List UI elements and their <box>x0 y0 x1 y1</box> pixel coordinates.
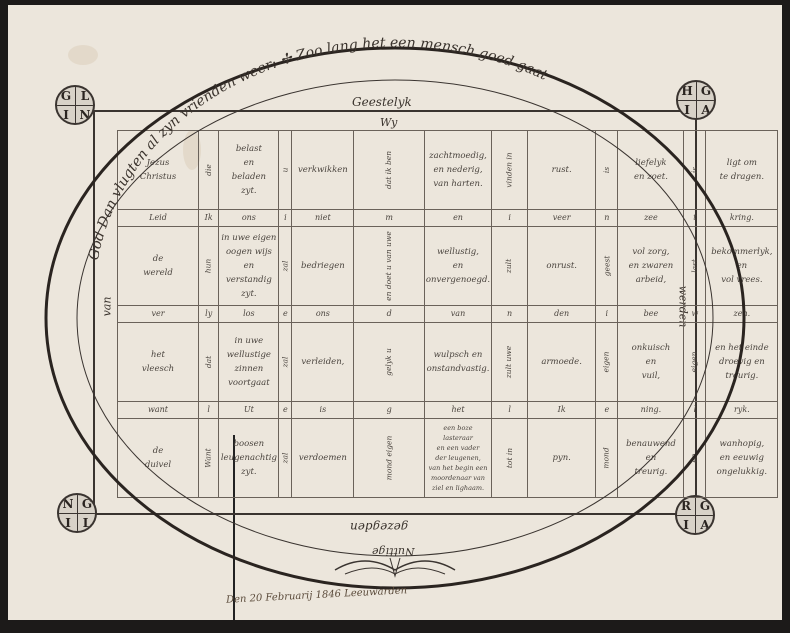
table-cell: bee <box>618 306 684 323</box>
table-cell-vertical: u <box>279 131 292 210</box>
table-cell: niet <box>292 210 354 227</box>
vertical-text: en <box>688 453 702 462</box>
medallion-letter: G <box>697 82 715 100</box>
table-cell-vertical: tot in <box>492 419 528 498</box>
table-cell: e <box>279 402 292 419</box>
table-cell-vertical: eigen <box>684 323 706 402</box>
vertical-text: vinden in <box>503 152 517 187</box>
table-cell: n <box>492 306 528 323</box>
table-cell: l <box>199 402 219 419</box>
vertical-text: hun <box>202 259 216 274</box>
table-cell: een boze lasteraar en een vader der leug… <box>425 419 492 498</box>
frame-subheading-top: Wy <box>380 116 397 129</box>
table-cell: van <box>425 306 492 323</box>
table-cell: bekommerlyk, en vol vrees. <box>706 227 778 306</box>
table-cell: kring. <box>706 210 778 227</box>
table-cell-vertical: mond eigen <box>354 419 425 498</box>
table-cell-vertical: zal <box>279 227 292 306</box>
table-cell-vertical: is <box>684 131 706 210</box>
vertical-text: zult <box>503 259 517 273</box>
table-cell: want <box>118 402 199 419</box>
medallion-letter: A <box>697 101 715 119</box>
table-cell-vertical: zult uwe <box>492 323 528 402</box>
vertical-text: zal <box>279 261 292 272</box>
table-cell: ly <box>199 306 219 323</box>
table-cell-vertical: Want <box>199 419 219 498</box>
table-row: de duivel Want boosen leugenachtig zyt. … <box>118 419 778 498</box>
table-cell: benauwend en treurig. <box>618 419 684 498</box>
medallion-letter: I <box>678 101 696 119</box>
table-cell-vertical: zal <box>279 323 292 402</box>
table-row: Leid Ik ons i niet m en i veer n zee t k… <box>118 210 778 227</box>
table-cell: het <box>425 402 492 419</box>
table-row: de wereld hun in uwe eigen oogen wijs en… <box>118 227 778 306</box>
table-cell: en <box>425 210 492 227</box>
table-cell: ryk. <box>706 402 778 419</box>
table-cell: e <box>596 402 618 419</box>
table-cell: ons <box>292 306 354 323</box>
table-cell-vertical: en doet u van uwe <box>354 227 425 306</box>
medallion-letter: H <box>678 82 696 100</box>
vertical-text: eigen <box>688 352 702 373</box>
medallion-letter: I <box>677 516 695 534</box>
table-cell: verkwikken <box>292 131 354 210</box>
table-cell: d <box>354 306 425 323</box>
table-cell: het vleesch <box>118 323 199 402</box>
table-cell: verdoemen <box>292 419 354 498</box>
medallion-letter: I <box>57 106 75 124</box>
table-cell: bedriegen <box>292 227 354 306</box>
medallion-letter: G <box>696 497 714 515</box>
vertical-text: die <box>202 164 216 176</box>
table-cell-vertical: geest <box>596 227 618 306</box>
table-cell-vertical: zal <box>279 419 292 498</box>
table-cell: vol zorg, en zwaren arbeid, <box>618 227 684 306</box>
proverb-table: Jezus Christus die belast en beladen zyt… <box>117 130 778 498</box>
table-cell: Leid <box>118 210 199 227</box>
vertical-text: Want <box>202 448 216 467</box>
table-cell: veer <box>528 210 596 227</box>
table-cell: onkuisch en vuil, <box>618 323 684 402</box>
vertical-text: last <box>688 259 702 273</box>
table-cell: i <box>492 210 528 227</box>
table-cell-vertical: en <box>684 419 706 498</box>
stain <box>68 45 98 65</box>
table-cell: wulpsch en onstandvastig. <box>425 323 492 402</box>
medallion-letter: I <box>59 514 77 532</box>
medallion-letter: A <box>696 516 714 534</box>
table-row: het vleesch dat in uwe wellustige zinnen… <box>118 323 778 402</box>
table-cell: wanhopig, en eeuwig ongelukkig. <box>706 419 778 498</box>
vertical-text: dat ik ben <box>382 151 396 189</box>
medallion-letter: L <box>76 87 94 105</box>
table-cell: l <box>492 402 528 419</box>
table-cell: los <box>219 306 279 323</box>
table-cell-vertical: vinden in <box>492 131 528 210</box>
vertical-text: tot in <box>503 448 517 468</box>
table-cell: Ik <box>199 210 219 227</box>
table-cell-vertical: mond <box>596 419 618 498</box>
vertical-text: dat <box>202 356 216 368</box>
table-cell: den <box>528 306 596 323</box>
table-cell: de duivel <box>118 419 199 498</box>
table-cell: Ik <box>528 402 596 419</box>
table-cell: n <box>596 210 618 227</box>
table-cell: boosen leugenachtig zyt. <box>219 419 279 498</box>
corner-medallion-top-left: G L I N <box>55 85 95 125</box>
table-cell-vertical: dat <box>199 323 219 402</box>
vertical-text: zal <box>279 453 292 464</box>
medallion-letter: G <box>57 87 75 105</box>
vertical-text: eigen <box>600 352 614 373</box>
table-cell: m <box>354 210 425 227</box>
table-row: Jezus Christus die belast en beladen zyt… <box>118 131 778 210</box>
vertical-text: u <box>279 168 292 173</box>
table-cell: in uwe wellustige zinnen voortgaat <box>219 323 279 402</box>
table-cell: ning. <box>618 402 684 419</box>
table-cell: zachtmoedig, en nederig, van harten. <box>425 131 492 210</box>
table-cell: de wereld <box>118 227 199 306</box>
table-cell: rust. <box>528 131 596 210</box>
table-row: ver ly los e ons d van n den i bee w zen… <box>118 306 778 323</box>
table-cell: verleiden, <box>292 323 354 402</box>
table-cell: e <box>279 306 292 323</box>
table-cell: Ut <box>219 402 279 419</box>
table-cell: ligt om te dragen. <box>706 131 778 210</box>
frame-heading-bottom: gezegden <box>350 520 408 534</box>
vertical-text: mond eigen <box>382 436 396 481</box>
table-cell: zen. <box>706 306 778 323</box>
vertical-text: zal <box>279 357 292 368</box>
table-cell: belast en beladen zyt. <box>219 131 279 210</box>
vertical-text: is <box>688 167 702 173</box>
table-cell: g <box>354 402 425 419</box>
corner-medallion-bottom-right: R G I A <box>675 495 715 535</box>
table-cell-vertical: zult <box>492 227 528 306</box>
table-cell: l <box>684 402 706 419</box>
medallion-letter: N <box>59 495 77 513</box>
table-cell: pyn. <box>528 419 596 498</box>
table-cell: i <box>279 210 292 227</box>
table-cell-vertical: is <box>596 131 618 210</box>
table-cell: t <box>684 210 706 227</box>
table-cell: liefelyk en zoet. <box>618 131 684 210</box>
table-row: want l Ut e is g het l Ik e ning. l ryk. <box>118 402 778 419</box>
vertical-text: en doet u van uwe <box>382 231 396 301</box>
medallion-letter: R <box>677 497 695 515</box>
vertical-text: gelyk u <box>382 348 396 376</box>
table-cell: w <box>684 306 706 323</box>
medallion-letter: G <box>78 495 96 513</box>
frame-heading-top: Geestelyk <box>352 95 412 109</box>
table-cell: wellustig, en onvergenoegd. <box>425 227 492 306</box>
frame-subheading-bottom: Nuttige <box>372 545 415 558</box>
table-cell-vertical: die <box>199 131 219 210</box>
table-cell: onrust. <box>528 227 596 306</box>
vertical-text: geest <box>600 256 614 277</box>
table-cell-vertical: eigen <box>596 323 618 402</box>
table-cell: Jezus Christus <box>118 131 199 210</box>
table-cell: en het einde droevig en treurig. <box>706 323 778 402</box>
medallion-letter: N <box>76 106 94 124</box>
table-cell: zee <box>618 210 684 227</box>
corner-medallion-top-right: H G I A <box>676 80 716 120</box>
medallion-letter: L <box>78 514 96 532</box>
table-cell: armoede. <box>528 323 596 402</box>
table-cell-vertical: last <box>684 227 706 306</box>
table-cell-vertical: gelyk u <box>354 323 425 402</box>
table-cell: ons <box>219 210 279 227</box>
table-cell: is <box>292 402 354 419</box>
table-cell: in uwe eigen oogen wijs en verstandig zy… <box>219 227 279 306</box>
frame-side-left: van <box>100 297 113 317</box>
table-cell-vertical: dat ik ben <box>354 131 425 210</box>
corner-medallion-bottom-left: N G I L <box>57 493 97 533</box>
table-cell-vertical: hun <box>199 227 219 306</box>
vertical-text: is <box>600 167 614 173</box>
vertical-text: mond <box>600 447 614 468</box>
table-cell: ver <box>118 306 199 323</box>
table-cell: i <box>596 306 618 323</box>
vertical-text: zult uwe <box>503 346 517 378</box>
